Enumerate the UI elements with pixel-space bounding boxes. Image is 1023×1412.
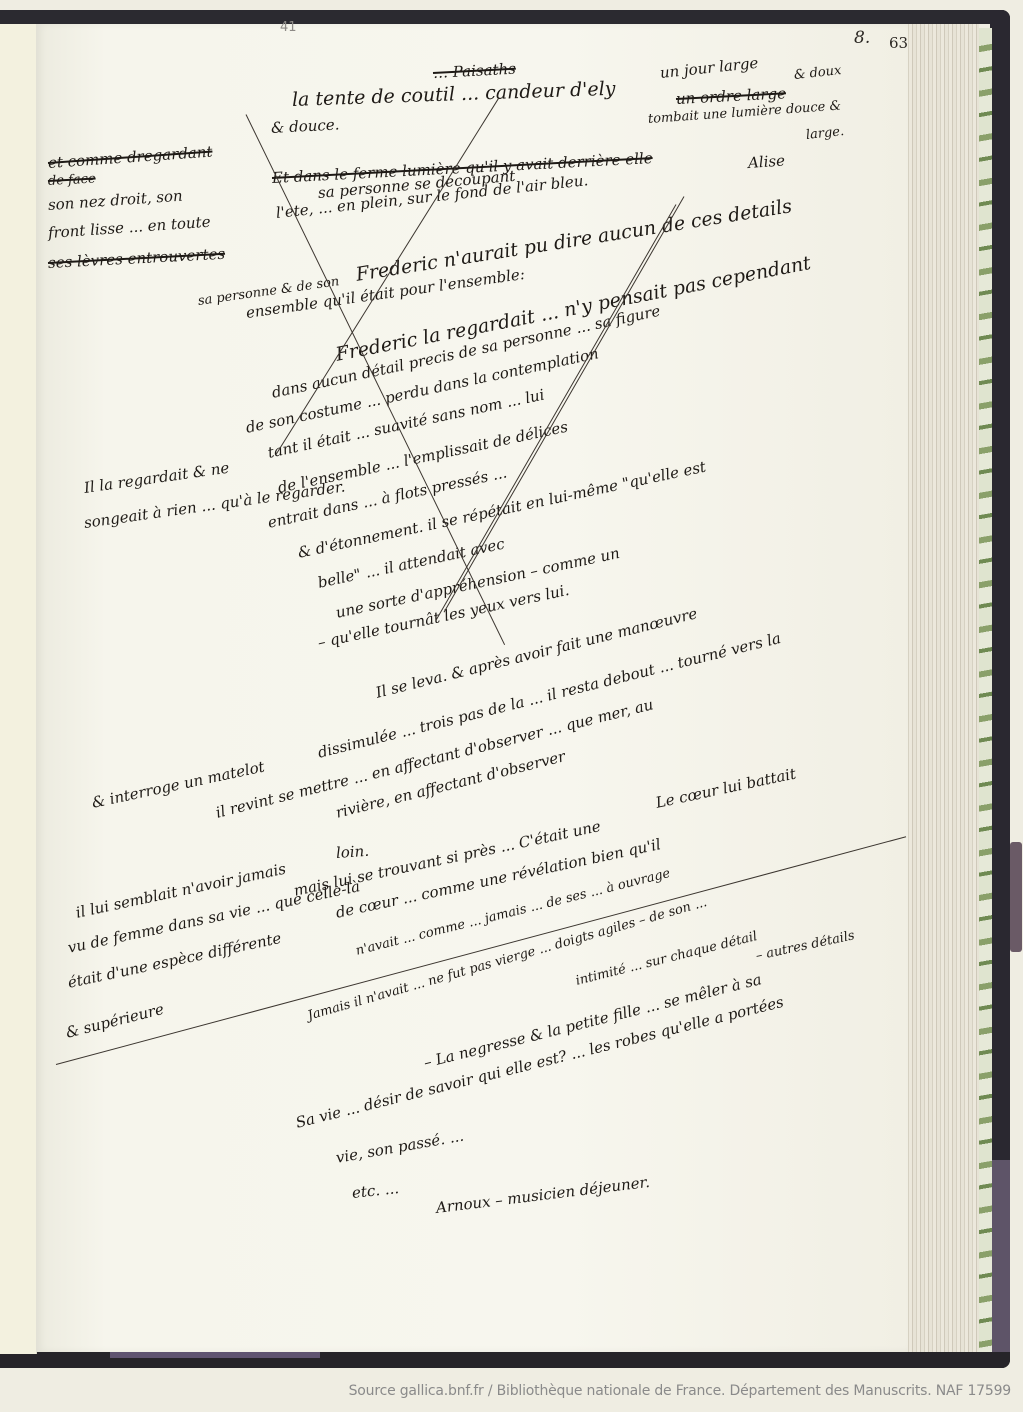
facing-page	[0, 24, 37, 1354]
book-cover-cloth	[990, 1160, 1010, 1360]
manuscript-line: son nez droit, son	[47, 187, 183, 214]
manuscript-line: et comme dregardant	[47, 143, 213, 172]
manuscript-line: Il la regardait & ne	[83, 459, 231, 497]
manuscript-scan: 41 8. 63 … Paisathsun jour large& douxla…	[0, 0, 1023, 1375]
manuscript-line: la tente de coutil ... candeur d'ely	[292, 78, 616, 111]
manuscript-line: etc. ...	[351, 1179, 400, 1202]
manuscript-line: Arnoux – musicien déjeuner.	[435, 1173, 651, 1217]
page-edges	[905, 24, 979, 1354]
manuscript-line: un jour large	[659, 54, 759, 82]
manuscript-line: loin.	[335, 842, 369, 862]
marbled-endpaper	[978, 28, 992, 1353]
book-cover-cloth-bottom	[110, 1352, 320, 1358]
manuscript-line: Alise	[747, 151, 785, 172]
manuscript-line: … Paisaths	[433, 60, 517, 82]
manuscript-line: Sa vie ... désir de savoir qui elle est?…	[294, 993, 786, 1132]
manuscript-line: de face	[48, 172, 96, 189]
source-caption: Source gallica.bnf.fr / Bibliothèque nat…	[349, 1383, 1011, 1399]
manuscript-line: – autres détails	[754, 928, 856, 964]
manuscript-line: front lisse ... en toute	[47, 213, 211, 242]
corner-mark: 8.	[854, 28, 870, 48]
manuscript-line: & supérieure	[64, 1000, 166, 1042]
manuscript-line: large.	[805, 124, 845, 143]
book-clasp	[1010, 842, 1022, 952]
pencil-number: 41	[280, 20, 297, 35]
manuscript-line: & douce.	[271, 115, 340, 137]
folio-number: 63	[889, 34, 908, 52]
manuscript-line: ses lèvres entrouvertes	[48, 245, 226, 272]
manuscript-page: 41 8. 63 … Paisathsun jour large& douxla…	[36, 24, 908, 1352]
manuscript-line: vie, son passé. ...	[334, 1127, 465, 1167]
manuscript-line: Le cœur lui battait	[654, 764, 797, 811]
manuscript-line: & doux	[793, 63, 842, 83]
book-cover-top	[0, 10, 1010, 24]
